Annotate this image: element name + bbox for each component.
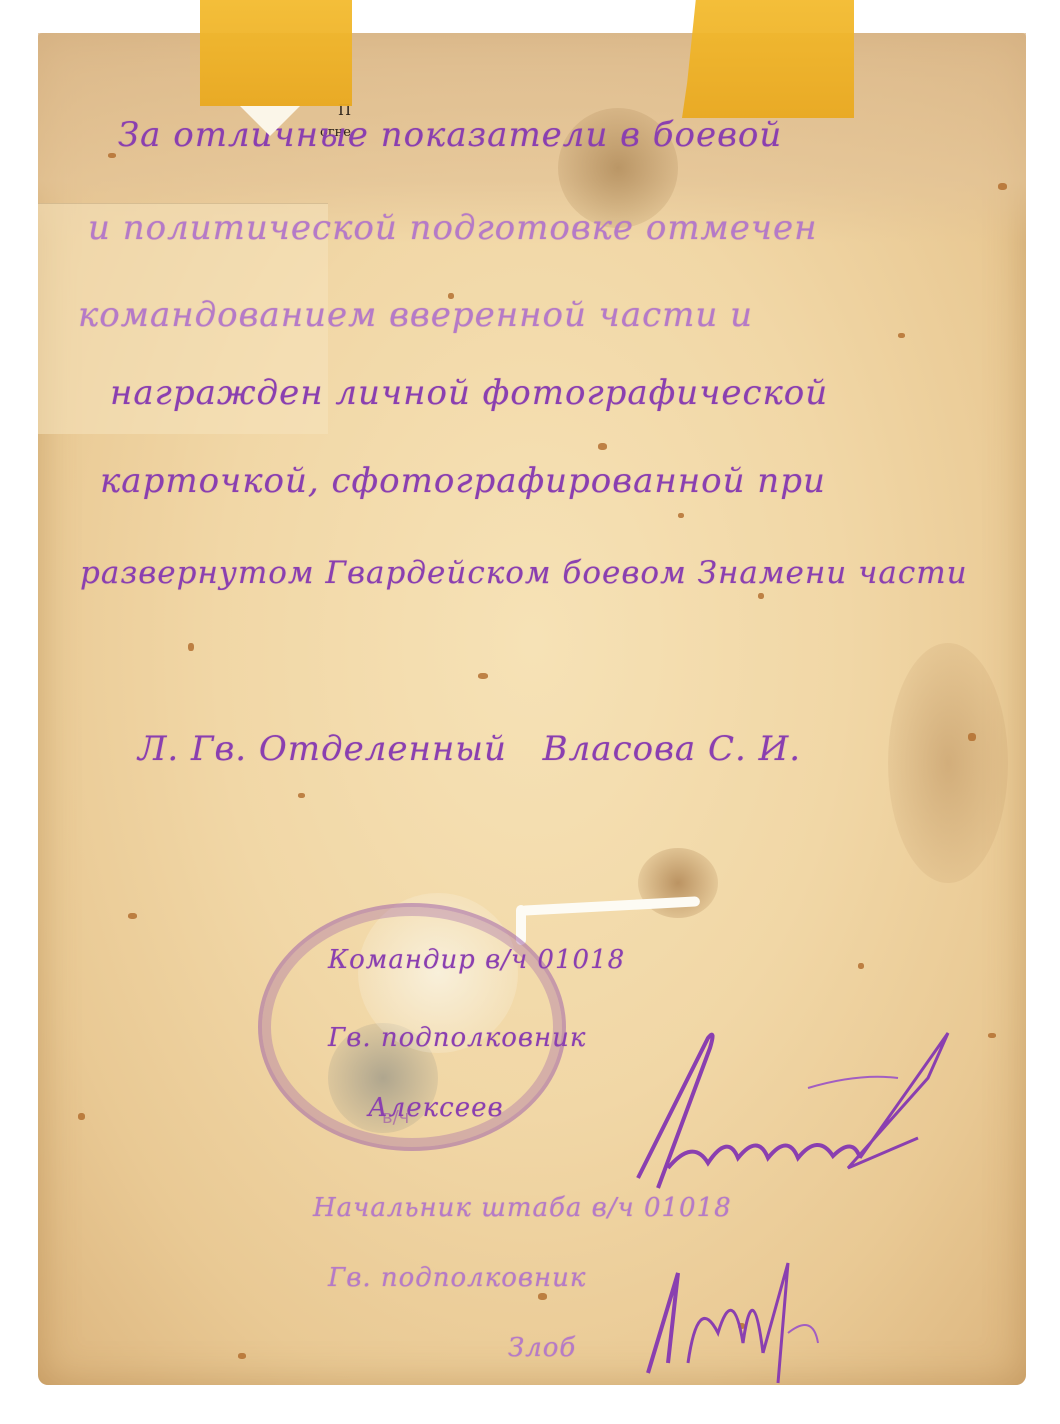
commander-name: Алексеев	[368, 1093, 504, 1123]
commander-signature	[598, 1018, 978, 1198]
chief-of-staff-title: Начальник штаба в/ч 01018	[313, 1193, 732, 1223]
body-line-2: и политической подготовке отмечен	[88, 208, 818, 248]
speck	[298, 793, 305, 798]
recipient-rank: Отделенный	[259, 729, 507, 769]
speck	[188, 643, 194, 651]
speck	[238, 1353, 246, 1359]
tape-right	[682, 0, 854, 118]
speck	[128, 913, 137, 919]
tape-fold	[240, 106, 300, 136]
commander-title: Командир в/ч 01018	[328, 945, 625, 975]
speck	[78, 1113, 85, 1120]
speck	[968, 733, 976, 741]
speck	[678, 513, 684, 518]
document-page: П огне За отличные показатели в боевой и…	[38, 33, 1026, 1385]
recipient-line: Л. Гв. Отделенный Власова С. И.	[138, 729, 801, 769]
speck	[538, 1293, 547, 1300]
speck	[108, 153, 116, 158]
chief-of-staff-rank: Гв. подполковник	[328, 1263, 586, 1293]
commander-rank: Гв. подполковник	[328, 1023, 586, 1053]
body-line-6: развернутом Гвардейском боевом Знамени ч…	[80, 555, 968, 591]
stain	[888, 643, 1008, 883]
speck	[478, 673, 488, 679]
speck	[988, 1033, 996, 1038]
speck	[758, 593, 764, 599]
speck	[998, 183, 1007, 190]
chief-of-staff-signature	[638, 1253, 838, 1393]
recipient-prefix: Л. Гв.	[138, 729, 247, 769]
body-line-5: карточкой, сфотографированной при	[100, 461, 826, 501]
tape-left	[200, 0, 352, 106]
chief-of-staff-name: Злоб	[508, 1333, 576, 1363]
speck	[598, 443, 607, 450]
body-line-4: награжден личной фотографической	[110, 373, 828, 413]
recipient-name: Власова С. И.	[543, 729, 801, 769]
body-line-1: За отличные показатели в боевой	[118, 115, 782, 155]
speck	[858, 963, 864, 969]
speck	[898, 333, 905, 338]
body-line-3: командованием вверенной части и	[78, 295, 753, 335]
